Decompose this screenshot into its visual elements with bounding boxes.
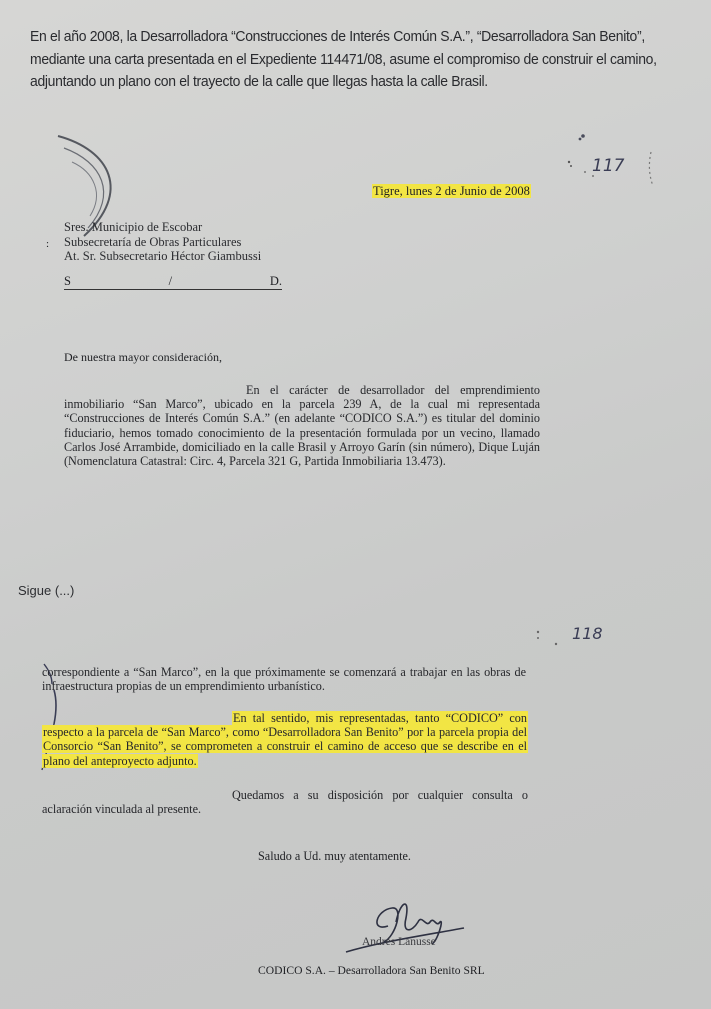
folio-stamp-marks-icon bbox=[555, 130, 665, 190]
letter-date: Tigre, lunes 2 de Junio de 2008 bbox=[372, 184, 531, 199]
closing-salutation: Saludo a Ud. muy atentamente. bbox=[258, 849, 411, 864]
letter-paragraph-3: En tal sentido, mis representadas, tanto… bbox=[42, 711, 528, 768]
signature-icon bbox=[340, 892, 470, 962]
letter-paragraph-4: Quedamos a su disposición por cualquier … bbox=[42, 788, 528, 816]
addressee-line-1: Sres. Municipio de Escobar bbox=[64, 220, 261, 235]
date-highlight: Tigre, lunes 2 de Junio de 2008 bbox=[372, 184, 531, 198]
addressee-line-3: At. Sr. Subsecretario Héctor Giambussi bbox=[64, 249, 261, 264]
sd-mid: / bbox=[169, 274, 172, 289]
continuation-label: Sigue (...) bbox=[18, 583, 74, 598]
su-despacho-line: S / D. bbox=[64, 274, 282, 290]
margin-mark: : bbox=[46, 238, 49, 250]
letter-paragraph-1: En el carácter de desarrollador del empr… bbox=[64, 383, 540, 468]
folio-stamp-marks-2-icon bbox=[530, 628, 610, 668]
sd-left: S bbox=[64, 274, 71, 289]
company-signature-line: CODICO S.A. – Desarrolladora San Benito … bbox=[258, 964, 485, 977]
signer-name: Andrés Lanusse bbox=[362, 936, 436, 948]
commitment-highlight: En tal sentido, mis representadas, tanto… bbox=[42, 711, 528, 768]
letter-paragraph-2: correspondiente a “San Marco”, en la que… bbox=[42, 665, 526, 693]
addressee-block: Sres. Municipio de Escobar Subsecretaría… bbox=[64, 220, 261, 264]
intro-paragraph: En el año 2008, la Desarrolladora “Const… bbox=[30, 26, 702, 94]
addressee-line-2: Subsecretaría de Obras Particulares bbox=[64, 235, 261, 250]
greeting: De nuestra mayor consideración, bbox=[64, 350, 222, 365]
sd-right: D. bbox=[270, 274, 282, 289]
